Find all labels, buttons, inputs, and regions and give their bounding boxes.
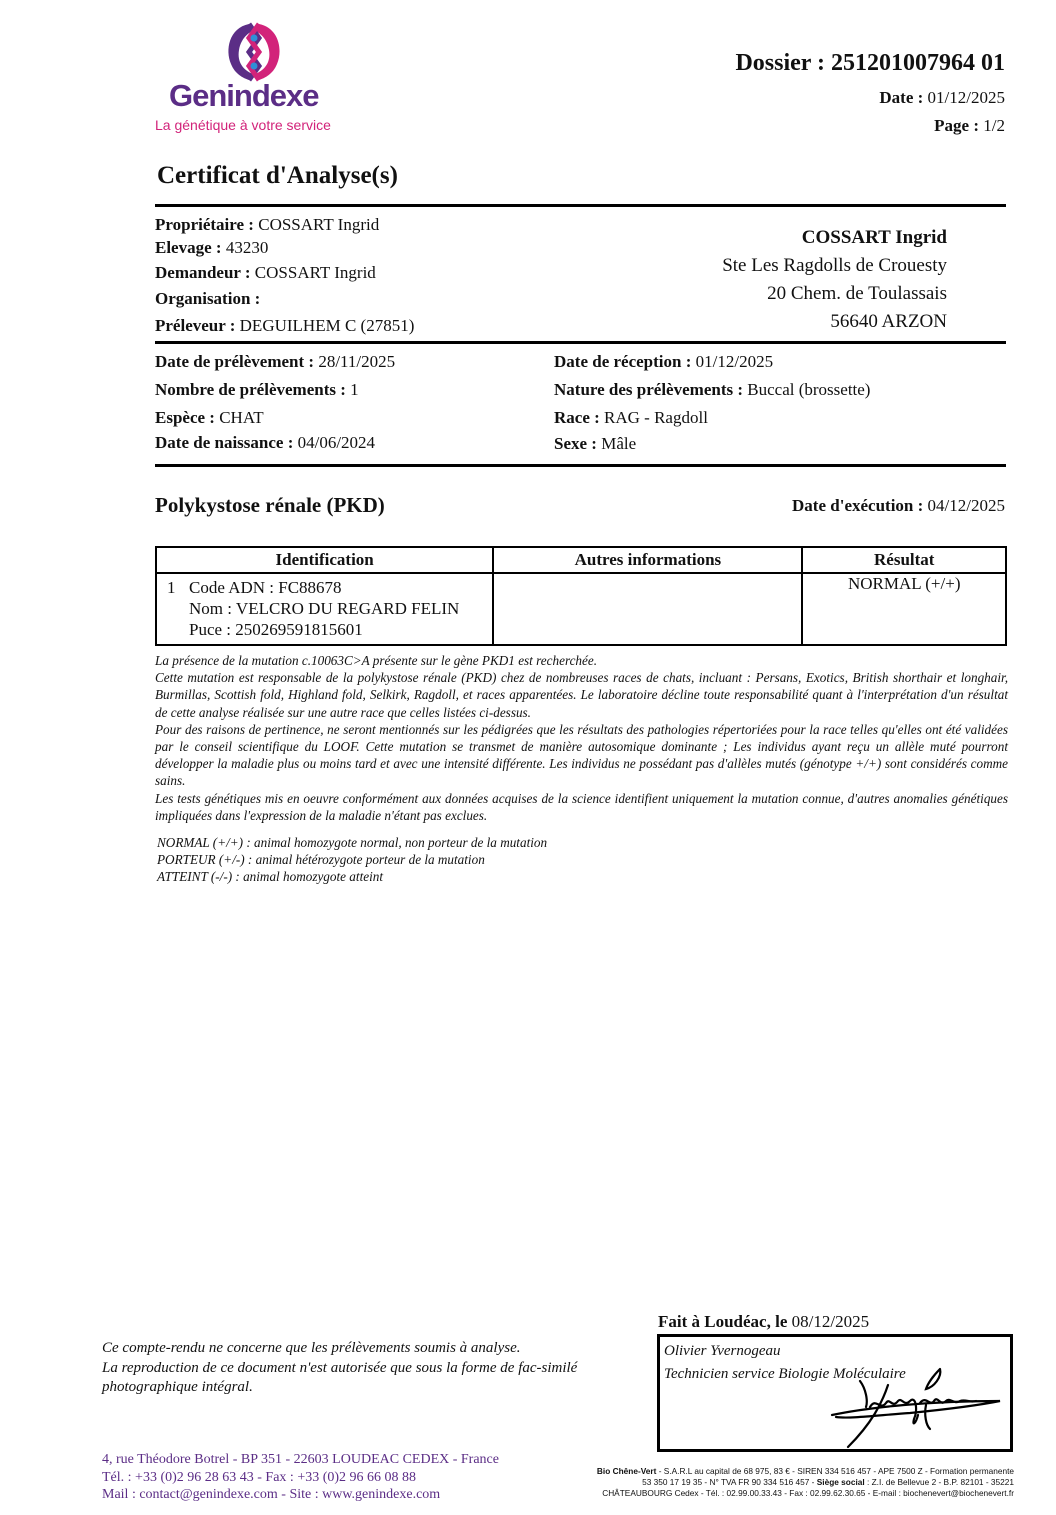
partner-text: - S.A.R.L au capital de 68 975, 83 € - S…	[656, 1466, 1014, 1476]
demandeur-field: Demandeur : COSSART Ingrid	[155, 263, 376, 283]
analysis-title: Polykystose rénale (PKD)	[155, 493, 385, 518]
column-header: Identification	[156, 547, 493, 573]
logo-name: Genindexe	[169, 78, 319, 114]
nature-prelevements-field: Nature des prélèvements : Buccal (brosse…	[554, 380, 870, 400]
field-label: Propriétaire :	[155, 215, 254, 234]
execution-date: Date d'exécution : 04/12/2025	[792, 496, 1005, 516]
field-label: Date d'exécution :	[792, 496, 923, 515]
handwritten-signature-icon	[830, 1367, 1005, 1449]
divider	[155, 464, 1006, 467]
lab-contact-footer: 4, rue Théodore Botrel - BP 351 - 22603 …	[102, 1451, 499, 1504]
field-value: 04/12/2025	[928, 496, 1005, 515]
owner-address: COSSART Ingrid Ste Les Ragdolls de Croue…	[722, 224, 947, 336]
dossier-value: 251201007964 01	[831, 50, 1005, 76]
field-label: Date de prélèvement :	[155, 352, 314, 371]
field-value: DEGUILHEM C (27851)	[240, 316, 415, 335]
footer-address: 4, rue Théodore Botrel - BP 351 - 22603 …	[102, 1451, 499, 1469]
page-value: 1/2	[983, 116, 1005, 135]
column-header: Résultat	[802, 547, 1006, 573]
date-label: Date :	[879, 88, 923, 107]
address-line: 20 Chem. de Toulassais	[722, 280, 947, 308]
elevage-field: Elevage : 43230	[155, 238, 268, 258]
legend-item: PORTEUR (+/-) : animal hétérozygote port…	[157, 851, 547, 868]
preleveur-field: Préleveur : DEGUILHEM C (27851)	[155, 316, 414, 336]
partner-company: Bio Chêne-Vert	[597, 1466, 656, 1476]
espece-field: Espèce : CHAT	[155, 408, 264, 428]
partner-line: Bio Chêne-Vert - S.A.R.L au capital de 6…	[597, 1466, 1014, 1477]
genindexe-logo: Genindexe La génétique à votre service	[155, 20, 355, 135]
note-paragraph: Les tests génétiques mis en oeuvre confo…	[155, 790, 1008, 824]
disclaimer-line: Ce compte-rendu ne concerne que les prél…	[102, 1339, 577, 1359]
field-value: 28/11/2025	[318, 352, 395, 371]
result-cell: NORMAL (+/+)	[802, 573, 1006, 645]
page-label: Page :	[934, 116, 979, 135]
footer-mail-site: Mail : contact@genindexe.com - Site : ww…	[102, 1486, 499, 1504]
result-legend: NORMAL (+/+) : animal homozygote normal,…	[157, 834, 547, 886]
address-line: Ste Les Ragdolls de Crouesty	[722, 252, 947, 280]
field-value: Mâle	[601, 434, 636, 453]
field-label: Race :	[554, 408, 600, 427]
date-reception-field: Date de réception : 01/12/2025	[554, 352, 773, 372]
other-info-cell	[493, 573, 802, 645]
note-paragraph: Pour des raisons de pertinence, ne seron…	[155, 721, 1008, 790]
address-name: COSSART Ingrid	[722, 224, 947, 252]
partner-text: : Z.I. de Bellevue 2 - B.P. 82101 - 3522…	[865, 1477, 1014, 1487]
place-date: Fait à Loudéac, le 08/12/2025	[658, 1312, 869, 1332]
field-label: Nature des prélèvements :	[554, 380, 743, 399]
field-label: Date de naissance :	[155, 433, 293, 452]
field-value: 04/06/2024	[298, 433, 375, 452]
row-number: 1	[167, 577, 189, 640]
field-label: Préleveur :	[155, 316, 235, 335]
partner-text: 53 350 17 19 35 - N° TVA FR 90 334 516 4…	[642, 1477, 817, 1487]
disclaimer: Ce compte-rendu ne concerne que les prél…	[102, 1339, 577, 1398]
animal-name: Nom : VELCRO DU REGARD FELIN	[189, 598, 459, 619]
header-date: Date : 01/12/2025	[879, 88, 1005, 108]
field-value: 43230	[226, 238, 269, 257]
field-label: Fait à Loudéac, le	[658, 1312, 787, 1331]
dossier-label: Dossier :	[735, 50, 825, 76]
page-number: Page : 1/2	[934, 116, 1005, 136]
partner-legal-footer: Bio Chêne-Vert - S.A.R.L au capital de 6…	[597, 1466, 1014, 1498]
legend-item: NORMAL (+/+) : animal homozygote normal,…	[157, 834, 547, 851]
divider	[155, 204, 1006, 207]
dna-helix-logo-icon	[219, 20, 289, 84]
nombre-prelevements-field: Nombre de prélèvements : 1	[155, 380, 359, 400]
chip-number: Puce : 250269591815601	[189, 619, 459, 640]
field-label: Date de réception :	[554, 352, 691, 371]
field-value: CHAT	[219, 408, 263, 427]
date-naissance-field: Date de naissance : 04/06/2024	[155, 433, 375, 453]
date-value: 01/12/2025	[928, 88, 1005, 107]
field-label: Nombre de prélèvements :	[155, 380, 346, 399]
logo-tagline: La génétique à votre service	[155, 117, 331, 133]
field-label: Sexe :	[554, 434, 597, 453]
dossier-number: Dossier : 251201007964 01	[735, 50, 1005, 77]
field-value: 01/12/2025	[696, 352, 773, 371]
organisation-field: Organisation :	[155, 289, 260, 309]
field-value: 08/12/2025	[792, 1312, 869, 1331]
field-value: RAG - Ragdoll	[604, 408, 708, 427]
partner-line: CHÂTEAUBOURG Cedex - Tél. : 02.99.00.33.…	[597, 1488, 1014, 1499]
results-table: Identification Autres informations Résul…	[155, 546, 1007, 646]
code-adn: Code ADN : FC88678	[189, 577, 459, 598]
partner-text: Siège social	[817, 1477, 865, 1487]
note-paragraph: Cette mutation est responsable de la pol…	[155, 669, 1008, 721]
footer-phone: Tél. : +33 (0)2 96 28 63 43 - Fax : +33 …	[102, 1469, 499, 1487]
column-header: Autres informations	[493, 547, 802, 573]
address-line: 56640 ARZON	[722, 308, 947, 336]
proprietaire-field: Propriétaire : COSSART Ingrid	[155, 215, 379, 235]
legend-item: ATTEINT (-/-) : animal homozygote attein…	[157, 868, 547, 885]
partner-line: 53 350 17 19 35 - N° TVA FR 90 334 516 4…	[597, 1477, 1014, 1488]
signatory-name: Olivier Yvernogeau	[664, 1343, 781, 1360]
disclaimer-line: La reproduction de ce document n'est aut…	[102, 1359, 577, 1379]
page-title: Certificat d'Analyse(s)	[157, 162, 398, 190]
field-label: Organisation :	[155, 289, 260, 308]
analysis-notes: La présence de la mutation c.10063C>A pr…	[155, 652, 1008, 824]
field-label: Espèce :	[155, 408, 215, 427]
note-paragraph: La présence de la mutation c.10063C>A pr…	[155, 652, 1008, 669]
field-value: COSSART Ingrid	[255, 263, 376, 282]
table-header-row: Identification Autres informations Résul…	[156, 547, 1006, 573]
sexe-field: Sexe : Mâle	[554, 434, 636, 454]
race-field: Race : RAG - Ragdoll	[554, 408, 708, 428]
identification-cell: 1 Code ADN : FC88678 Nom : VELCRO DU REG…	[156, 573, 493, 645]
field-label: Elevage :	[155, 238, 222, 257]
signature-box: Olivier Yvernogeau Technicien service Bi…	[657, 1334, 1013, 1452]
disclaimer-line: photographique intégral.	[102, 1378, 577, 1398]
date-prelevement-field: Date de prélèvement : 28/11/2025	[155, 352, 395, 372]
field-label: Demandeur :	[155, 263, 251, 282]
field-value: Buccal (brossette)	[747, 380, 870, 399]
field-value: COSSART Ingrid	[258, 215, 379, 234]
divider	[155, 341, 1006, 344]
table-row: 1 Code ADN : FC88678 Nom : VELCRO DU REG…	[156, 573, 1006, 645]
field-value: 1	[350, 380, 359, 399]
